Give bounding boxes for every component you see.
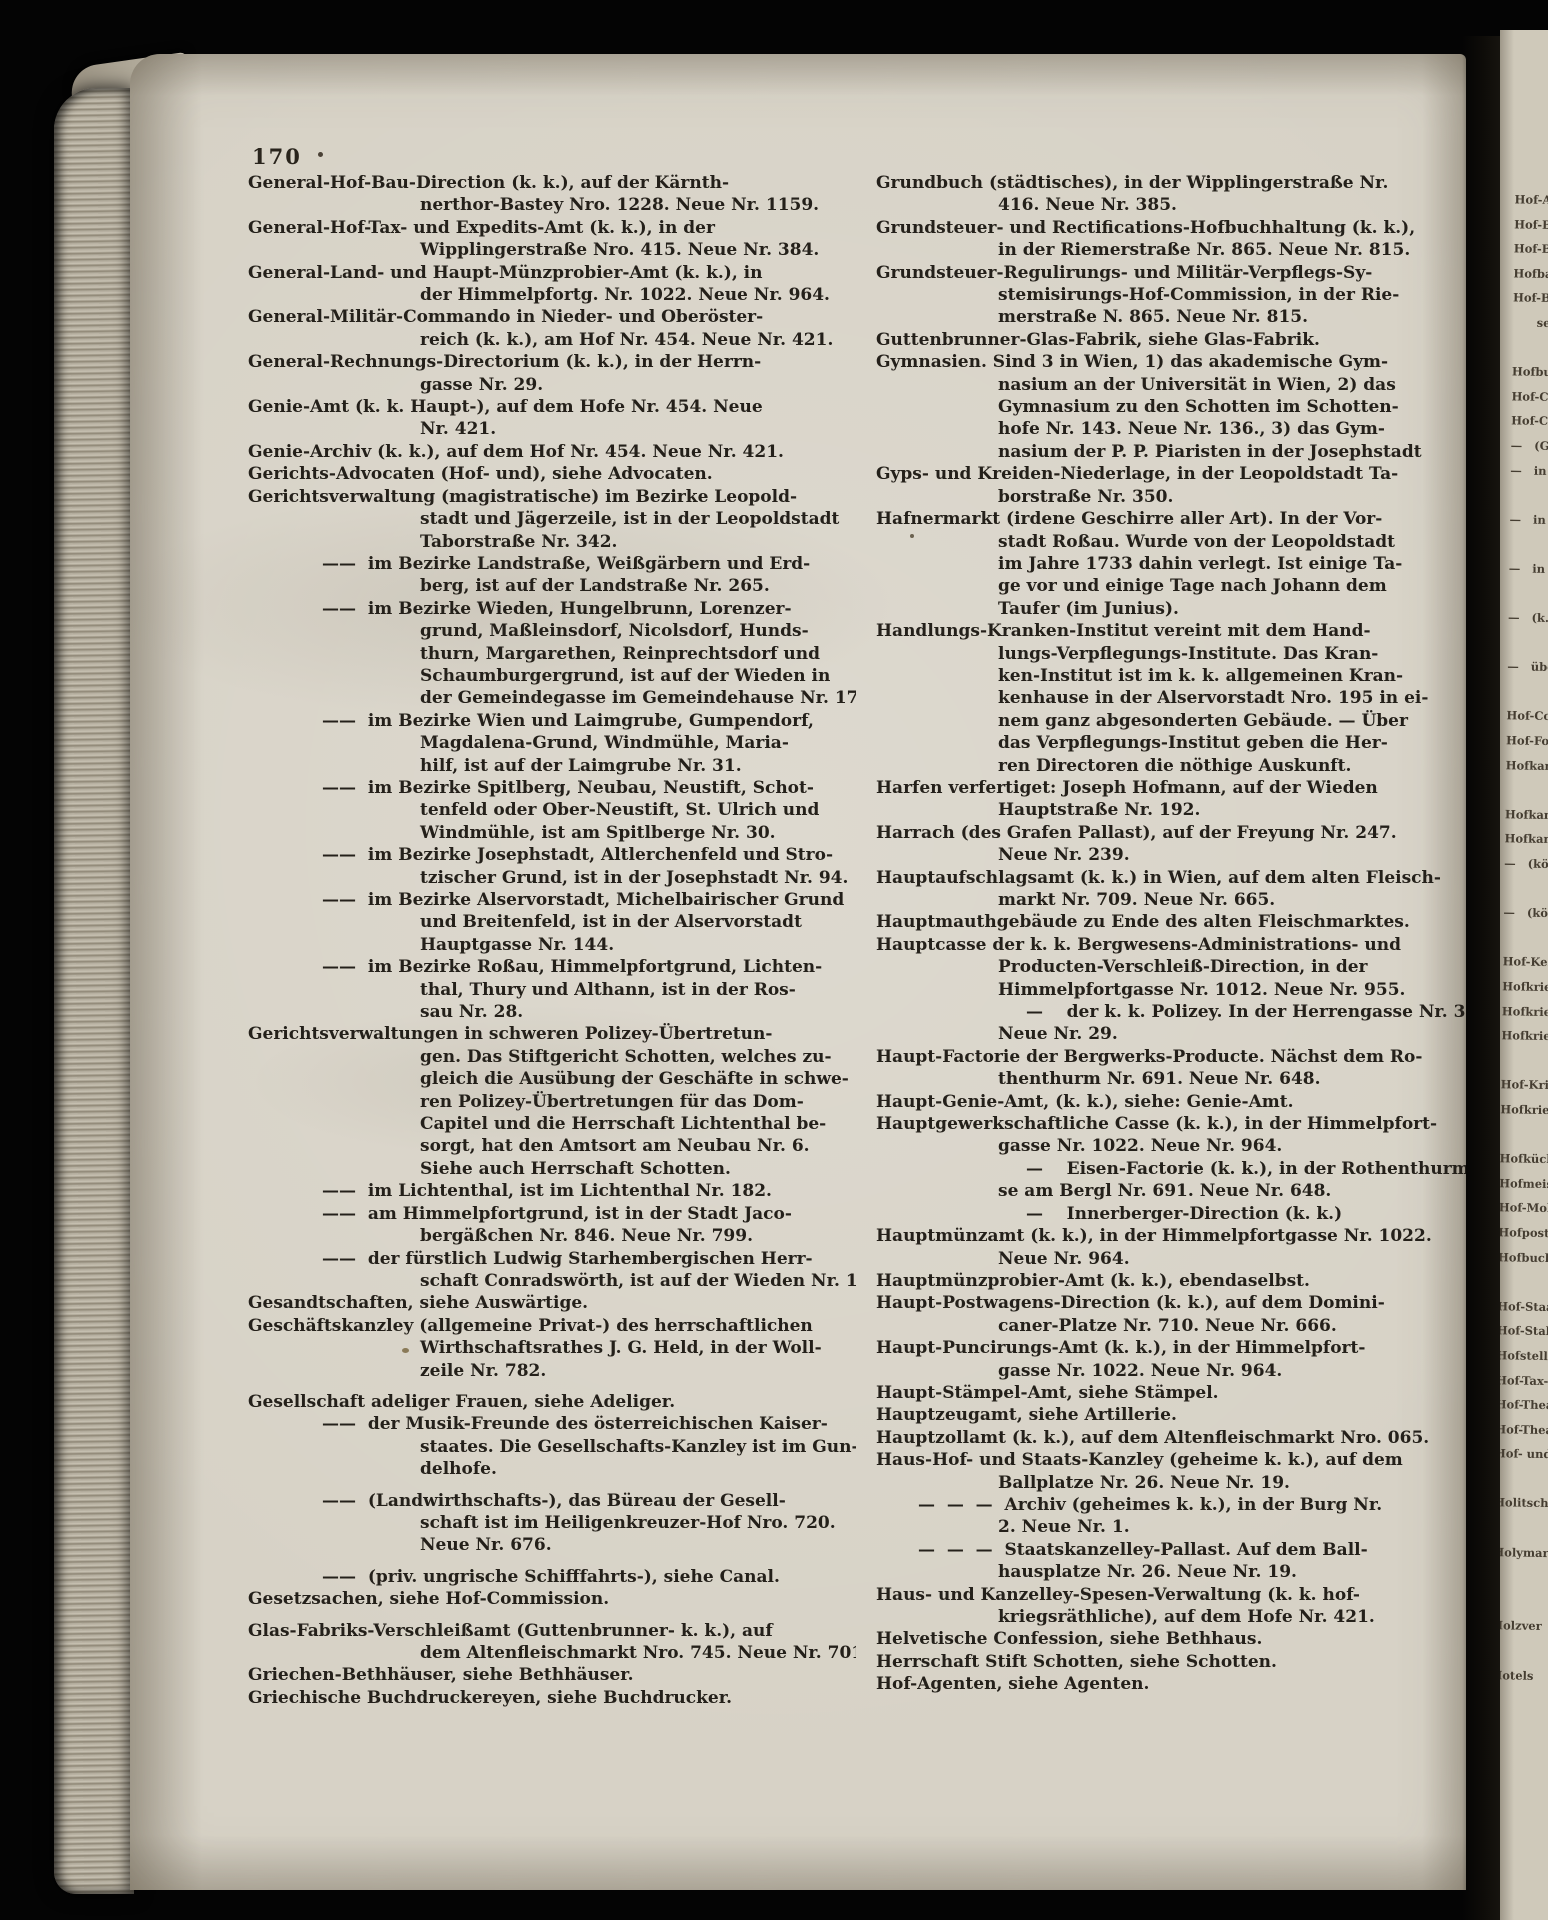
text-line: —— im Bezirke Alservorstadt, Michelbairi… bbox=[248, 889, 856, 911]
text-line: zeile Nr. 782. bbox=[248, 1360, 856, 1382]
edge-text-fragment bbox=[1500, 1122, 1548, 1148]
edge-text-fragment: — in C bbox=[1509, 507, 1548, 533]
text-line: General-Hof-Bau-Direction (k. k.), auf d… bbox=[248, 172, 856, 194]
text-line: Neue Nr. 29. bbox=[876, 1023, 1466, 1045]
text-line: der Himmelpfortg. Nr. 1022. Neue Nr. 964… bbox=[248, 284, 856, 306]
text-line: hofe Nr. 143. Neue Nr. 136., 3) das Gym- bbox=[876, 418, 1466, 440]
text-line: 416. Neue Nr. 385. bbox=[876, 194, 1466, 216]
page-number: 170 bbox=[252, 144, 302, 169]
edge-text-fragment bbox=[1504, 876, 1548, 902]
text-line: Haus- und Kanzelley-Spesen-Verwaltung (k… bbox=[876, 1584, 1466, 1606]
text-line: der Gemeindegasse im Gemeindehause Nr. 1… bbox=[248, 687, 856, 709]
text-line: gasse Nr. 29. bbox=[248, 374, 856, 396]
text-line: im Jahre 1733 dahin verlegt. Ist einige … bbox=[876, 553, 1466, 575]
edge-text-fragment: Hof-Kriegs bbox=[1500, 1073, 1548, 1099]
edge-text-fragment bbox=[1512, 335, 1548, 361]
text-line: — Innerberger-Direction (k. k.) bbox=[876, 1203, 1466, 1225]
text-line: nasium an der Universität in Wien, 2) da… bbox=[876, 374, 1466, 396]
text-line: stemisirungs-Hof-Commission, in der Rie- bbox=[876, 284, 1466, 306]
text-line: Hauptgewerkschaftliche Casse (k. k.), in… bbox=[876, 1113, 1466, 1135]
edge-text-fragment: Hofkriegs- bbox=[1502, 974, 1548, 1000]
edge-text-fragment: Hof-Bau-D bbox=[1514, 237, 1548, 263]
text-line: — — — Archiv (geheimes k. k.), in der Bu… bbox=[876, 1494, 1466, 1516]
text-line: Ballplatze Nr. 26. Neue Nr. 19. bbox=[876, 1472, 1466, 1494]
text-line: Hauptgasse Nr. 144. bbox=[248, 934, 856, 956]
text-line: 2. Neue Nr. 1. bbox=[876, 1516, 1466, 1538]
text-line: Grundsteuer-Regulirungs- und Militär-Ver… bbox=[876, 262, 1466, 284]
ink-speck bbox=[318, 152, 323, 157]
text-line: bergäßchen Nr. 846. Neue Nr. 799. bbox=[248, 1225, 856, 1247]
text-line: Magdalena-Grund, Windmühle, Maria- bbox=[248, 732, 856, 754]
text-line: kriegsräthliche), auf dem Hofe Nr. 421. bbox=[876, 1606, 1466, 1628]
text-line: —— im Bezirke Roßau, Himmelpfortgrund, L… bbox=[248, 956, 856, 978]
text-line: Windmühle, ist am Spitlberge Nr. 30. bbox=[248, 822, 856, 844]
text-line: —— im Bezirke Wien und Laimgrube, Gumpen… bbox=[248, 710, 856, 732]
text-line: das Verpflegungs-Institut geben die Her- bbox=[876, 732, 1466, 754]
text-line: tenfeld oder Ober-Neustift, St. Ulrich u… bbox=[248, 799, 856, 821]
text-line: markt Nr. 709. Neue Nr. 665. bbox=[876, 889, 1466, 911]
text-line: Grundsteuer- und Rectifications-Hofbuchh… bbox=[876, 217, 1466, 239]
text-line: — Eisen-Factorie (k. k.), in der Rothent… bbox=[876, 1158, 1466, 1180]
text-line: Neue Nr. 964. bbox=[876, 1248, 1466, 1270]
text-line: Gymnasien. Sind 3 in Wien, 1) das akadem… bbox=[876, 351, 1466, 373]
next-page-edge: Hof-ApothekeHof-BaubuchhHof-Bau-DHofbaur… bbox=[1500, 30, 1548, 1920]
directory-columns: General-Hof-Bau-Direction (k. k.), auf d… bbox=[248, 172, 1466, 1709]
edge-text-fragment: Hofkriegs- bbox=[1502, 999, 1548, 1025]
text-line: Hauptstraße Nr. 192. bbox=[876, 799, 1466, 821]
text-line: General-Rechnungs-Directorium (k. k.), i… bbox=[248, 351, 856, 373]
text-line: Hafnermarkt (irdene Geschirre aller Art)… bbox=[876, 508, 1466, 530]
edge-text-fragment: Hof-Staat bbox=[1500, 1294, 1548, 1320]
text-line: Hauptzeugamt, siehe Artillerie. bbox=[876, 1404, 1466, 1426]
text-line: —— (Landwirthschafts-), das Büreau der G… bbox=[248, 1490, 856, 1512]
edge-text-fragment: Holitscher bbox=[1500, 1491, 1548, 1517]
edge-text-fragment bbox=[1500, 1638, 1548, 1664]
edge-text-fragment: Holzver bbox=[1500, 1614, 1548, 1640]
edge-text-fragment bbox=[1500, 1589, 1548, 1615]
text-line: Haupt-Postwagens-Direction (k. k.), auf … bbox=[876, 1292, 1466, 1314]
text-line: grund, Maßleinsdorf, Nicolsdorf, Hunds- bbox=[248, 620, 856, 642]
text-line: Gymnasium zu den Schotten im Schotten- bbox=[876, 396, 1466, 418]
text-line: Capitel und die Herrschaft Lichtenthal b… bbox=[248, 1113, 856, 1135]
text-line: stadt Roßau. Wurde von der Leopoldstadt bbox=[876, 531, 1466, 553]
edge-text-fragment: Hofstelle, f bbox=[1500, 1343, 1548, 1369]
edge-text-fragment: Hofkammer- bbox=[1505, 802, 1548, 828]
text-line: Helvetische Confession, siehe Bethhaus. bbox=[876, 1628, 1466, 1650]
text-line: merstraße N. 865. Neue Nr. 815. bbox=[876, 306, 1466, 328]
directory-column-left: General-Hof-Bau-Direction (k. k.), auf d… bbox=[248, 172, 856, 1709]
edge-text-fragment: Hof-Baubuchh bbox=[1514, 212, 1548, 238]
text-line: Griechische Buchdruckereyen, siehe Buchd… bbox=[248, 1687, 856, 1709]
text-line: Neue Nr. 676. bbox=[248, 1534, 856, 1556]
text-line: hilf, ist auf der Laimgrube Nr. 31. bbox=[248, 755, 856, 777]
text-line: nasium der P. P. Piaristen in der Joseph… bbox=[876, 441, 1466, 463]
text-line: Gerichts-Advocaten (Hof- und), siehe Adv… bbox=[248, 463, 856, 485]
text-line: Harfen verfertiget: Joseph Hofmann, auf … bbox=[876, 777, 1466, 799]
text-line: Grundbuch (städtisches), in der Wippling… bbox=[876, 172, 1466, 194]
text-line: thenthurm Nr. 691. Neue Nr. 648. bbox=[876, 1068, 1466, 1090]
edge-text-fragment: Hof-Capelle bbox=[1511, 384, 1548, 410]
text-line: Genie-Archiv (k. k.), auf dem Hof Nr. 45… bbox=[248, 441, 856, 463]
text-line: gleich die Ausübung der Geschäfte in sch… bbox=[248, 1068, 856, 1090]
text-line: — der k. k. Polizey. In der Herrengasse … bbox=[876, 1001, 1466, 1023]
text-line: Himmelpfortgasse Nr. 1012. Neue Nr. 955. bbox=[876, 979, 1466, 1001]
text-line: nerthor-Bastey Nro. 1228. Neue Nr. 1159. bbox=[248, 194, 856, 216]
text-line: ren Directoren die nöthige Auskunft. bbox=[876, 755, 1466, 777]
text-line: ken-Institut ist im k. k. allgemeinen Kr… bbox=[876, 665, 1466, 687]
text-line: Hauptmünzamt (k. k.), in der Himmelpfort… bbox=[876, 1225, 1466, 1247]
text-line: Glas-Fabriks-Verschleißamt (Guttenbrunne… bbox=[248, 1620, 856, 1642]
text-line: gasse Nr. 1022. Neue Nr. 964. bbox=[876, 1360, 1466, 1382]
text-line: Hauptaufschlagsamt (k. k.) in Wien, auf … bbox=[876, 867, 1466, 889]
text-line: thal, Thury und Althann, ist in der Ros- bbox=[248, 979, 856, 1001]
text-line: Taufer (im Junius). bbox=[876, 598, 1466, 620]
text-line: sorgt, hat den Amtsort am Neubau Nr. 6. bbox=[248, 1135, 856, 1157]
edge-text-fragment: Hof-Keller bbox=[1502, 950, 1548, 976]
text-line: General-Militär-Commando in Nieder- und … bbox=[248, 306, 856, 328]
text-line: —— im Bezirke Spitlberg, Neubau, Neustif… bbox=[248, 777, 856, 799]
text-line: —— (priv. ungrische Schifffahrts-), sieh… bbox=[248, 1566, 856, 1588]
edge-text-fragment: Holymark bbox=[1500, 1540, 1548, 1566]
text-line: caner-Platze Nr. 710. Neue Nr. 666. bbox=[876, 1315, 1466, 1337]
text-line: thurn, Margarethen, Reinprechtsdorf und bbox=[248, 643, 856, 665]
edge-text-fragment: se bbox=[1512, 310, 1548, 336]
text-line: stadt und Jägerzeile, ist in der Leopold… bbox=[248, 508, 856, 530]
edge-text-fragment: Hofbaurath, ( bbox=[1513, 261, 1548, 287]
edge-text-fragment bbox=[1508, 581, 1548, 607]
edge-text-fragment: Hof-Commis bbox=[1511, 409, 1548, 435]
text-line: gen. Das Stiftgericht Schotten, welches … bbox=[248, 1046, 856, 1068]
book-photograph: 170 General-Hof-Bau-Direction (k. k.), a… bbox=[0, 0, 1548, 1920]
text-line: Producten-Verschleiß-Direction, in der bbox=[876, 956, 1466, 978]
text-line: Schaumburgergrund, ist auf der Wieden in bbox=[248, 665, 856, 687]
edge-text-fragment: Hofbuchhal bbox=[1500, 1245, 1548, 1271]
text-line: Nr. 421. bbox=[248, 418, 856, 440]
edge-text-fragment: Hofkammer bbox=[1506, 753, 1548, 779]
text-line: Hauptmauthgebäude zu Ende des alten Flei… bbox=[876, 911, 1466, 933]
edge-text-fragment bbox=[1509, 532, 1548, 558]
text-line: Haupt-Stämpel-Amt, siehe Stämpel. bbox=[876, 1382, 1466, 1404]
text-line: Haupt-Puncirungs-Amt (k. k.), in der Him… bbox=[876, 1337, 1466, 1359]
directory-column-right: Grundbuch (städtisches), in der Wippling… bbox=[876, 172, 1466, 1709]
page-gutter-shadow bbox=[1462, 36, 1502, 1920]
edge-text-fragment bbox=[1503, 925, 1548, 951]
book-page: 170 General-Hof-Bau-Direction (k. k.), a… bbox=[130, 54, 1466, 1890]
text-line: —— im Bezirke Josephstadt, Altlerchenfel… bbox=[248, 844, 856, 866]
text-line: berg, ist auf der Landstraße Nr. 265. bbox=[248, 575, 856, 597]
edge-text-fragment bbox=[1500, 1466, 1548, 1492]
text-line: Haus-Hof- und Staats-Kanzley (geheime k.… bbox=[876, 1449, 1466, 1471]
edge-text-fragment: Hofkriegsra bbox=[1500, 1097, 1548, 1123]
edge-text-fragment: Hof-Contro bbox=[1506, 704, 1548, 730]
text-line: Gerichtsverwaltung (magistratische) im B… bbox=[248, 486, 856, 508]
text-line: —— im Lichtenthal, ist im Lichtenthal Nr… bbox=[248, 1180, 856, 1202]
text-line: — — — Staatskanzelley-Pallast. Auf dem B… bbox=[876, 1539, 1466, 1561]
text-line: Herrschaft Stift Schotten, siehe Schotte… bbox=[876, 1651, 1466, 1673]
text-line: ge vor und einige Tage nach Johann dem bbox=[876, 575, 1466, 597]
text-line: Gyps- und Kreiden-Niederlage, in der Leo… bbox=[876, 463, 1466, 485]
edge-text-fragment: Hofmeistera bbox=[1500, 1171, 1548, 1197]
text-line: —— im Bezirke Wieden, Hungelbrunn, Loren… bbox=[248, 598, 856, 620]
edge-text-fragment: Hofkanzelley bbox=[1504, 827, 1548, 853]
text-line: Gesellschaft adeliger Frauen, siehe Adel… bbox=[248, 1391, 856, 1413]
edge-text-fragment: Hotels bbox=[1500, 1663, 1548, 1689]
text-line: Gesandtschaften, siehe Auswärtige. bbox=[248, 1292, 856, 1314]
paper-stain bbox=[402, 1348, 409, 1353]
text-line: reich (k. k.), am Hof Nr. 454. Neue Nr. … bbox=[248, 329, 856, 351]
edge-text-fragment bbox=[1500, 1564, 1548, 1590]
book-fore-edge bbox=[54, 88, 134, 1894]
edge-text-fragment bbox=[1505, 778, 1548, 804]
text-line: Hauptcasse der k. k. Bergwesens-Administ… bbox=[876, 934, 1466, 956]
edge-text-fragment: Hof-Thea bbox=[1500, 1417, 1548, 1443]
edge-text-fragment: Hof-Biblioth bbox=[1513, 286, 1548, 312]
edge-text-fragment: — (k. k bbox=[1508, 605, 1548, 631]
text-line: Neue Nr. 239. bbox=[876, 844, 1466, 866]
edge-text-fragment: Hofkriegsbu bbox=[1501, 1023, 1548, 1049]
text-line: Harrach (des Grafen Pallast), auf der Fr… bbox=[876, 822, 1466, 844]
text-line: Wipplingerstraße Nro. 415. Neue Nr. 384. bbox=[248, 239, 856, 261]
ink-speck bbox=[910, 534, 914, 538]
text-line: Haupt-Factorie der Bergwerks-Producte. N… bbox=[876, 1046, 1466, 1068]
text-line: schaft Conradswörth, ist auf der Wieden … bbox=[248, 1270, 856, 1292]
edge-text-fragment bbox=[1510, 482, 1548, 508]
edge-text-fragment bbox=[1507, 679, 1548, 705]
text-line: Hof-Agenten, siehe Agenten. bbox=[876, 1673, 1466, 1695]
edge-text-fragment: Hof-Fourag bbox=[1506, 728, 1548, 754]
text-line: Gerichtsverwaltungen in schweren Polizey… bbox=[248, 1023, 856, 1045]
text-line: Handlungs-Kranken-Institut vereint mit d… bbox=[876, 620, 1466, 642]
edge-text-fragment: Hof-Stall bbox=[1500, 1319, 1548, 1345]
text-line: in der Riemerstraße Nr. 865. Neue Nr. 81… bbox=[876, 239, 1466, 261]
edge-text-fragment: Hof-Mobil bbox=[1500, 1196, 1548, 1222]
text-line: se am Bergl Nr. 691. Neue Nr. 648. bbox=[876, 1180, 1466, 1202]
text-line: —— der fürstlich Ludwig Starhembergische… bbox=[248, 1248, 856, 1270]
text-line: dem Altenfleischmarkt Nro. 745. Neue Nr.… bbox=[248, 1642, 856, 1664]
text-line: General-Land- und Haupt-Münzprobier-Amt … bbox=[248, 262, 856, 284]
text-line: schaft ist im Heiligenkreuzer-Hof Nro. 7… bbox=[248, 1512, 856, 1534]
text-line: Wirthschaftsrathes J. G. Held, in der Wo… bbox=[248, 1337, 856, 1359]
edge-text-fragment: Hof-Apotheke bbox=[1514, 187, 1548, 213]
edge-text-fragment: — (kö bbox=[1503, 900, 1548, 926]
text-line: hausplatze Nr. 26. Neue Nr. 19. bbox=[876, 1561, 1466, 1583]
text-line: —— am Himmelpfortgrund, ist in der Stadt… bbox=[248, 1203, 856, 1225]
edge-text-fragment: Hof-Tax- bbox=[1500, 1368, 1548, 1394]
text-line: Genie-Amt (k. k. Haupt-), auf dem Hofe N… bbox=[248, 396, 856, 418]
text-line: Geschäftskanzley (allgemeine Privat-) de… bbox=[248, 1315, 856, 1337]
edge-text-fragment: — in J bbox=[1509, 556, 1548, 582]
text-line: borstraße Nr. 350. bbox=[876, 486, 1466, 508]
text-line: gasse Nr. 1022. Neue Nr. 964. bbox=[876, 1135, 1466, 1157]
text-line: Gesetzsachen, siehe Hof-Commission. bbox=[248, 1588, 856, 1610]
edge-text-fragment: — übe bbox=[1507, 655, 1548, 681]
text-line: ren Polizey-Übertretungen für das Dom- bbox=[248, 1091, 856, 1113]
edge-text-fragment bbox=[1501, 1048, 1548, 1074]
text-line: —— im Bezirke Landstraße, Weißgärbern un… bbox=[248, 553, 856, 575]
text-line: Haupt-Genie-Amt, (k. k.), siehe: Genie-A… bbox=[876, 1091, 1466, 1113]
edge-text-fragment: Hofburgwache bbox=[1512, 359, 1548, 385]
edge-text-fragment: Hofküche, i bbox=[1500, 1146, 1548, 1172]
edge-text-fragment bbox=[1500, 1515, 1548, 1541]
edge-text-fragment: Hofpostamt bbox=[1500, 1220, 1548, 1246]
text-line: staates. Die Gesellschafts-Kanzley ist i… bbox=[248, 1436, 856, 1458]
edge-text-fragment: Hof- und bbox=[1500, 1441, 1548, 1467]
text-line: General-Hof-Tax- und Expedits-Amt (k. k.… bbox=[248, 217, 856, 239]
edge-text-fragment: — (Gru bbox=[1511, 433, 1548, 459]
edge-text-fragment: Hof-Thea bbox=[1500, 1392, 1548, 1418]
text-line: sau Nr. 28. bbox=[248, 1001, 856, 1023]
text-line: Hauptmünzprobier-Amt (k. k.), ebendaselb… bbox=[876, 1270, 1466, 1292]
next-page-text-fragments: Hof-ApothekeHof-BaubuchhHof-Bau-DHofbaur… bbox=[1500, 187, 1548, 1689]
text-line: lungs-Verpflegungs-Institute. Das Kran- bbox=[876, 643, 1466, 665]
text-line: delhofe. bbox=[248, 1458, 856, 1480]
edge-text-fragment bbox=[1500, 1269, 1548, 1295]
edge-text-fragment: — (kö bbox=[1504, 851, 1548, 877]
text-line: tzischer Grund, ist in der Josephstadt N… bbox=[248, 867, 856, 889]
text-line: Taborstraße Nr. 342. bbox=[248, 531, 856, 553]
text-line: kenhause in der Alservorstadt Nro. 195 i… bbox=[876, 687, 1466, 709]
edge-text-fragment: — in C bbox=[1510, 458, 1548, 484]
text-line: Hauptzollamt (k. k.), auf dem Altenfleis… bbox=[876, 1427, 1466, 1449]
edge-text-fragment bbox=[1507, 630, 1548, 656]
text-line: —— der Musik-Freunde des österreichische… bbox=[248, 1413, 856, 1435]
text-line: Guttenbrunner-Glas-Fabrik, siehe Glas-Fa… bbox=[876, 329, 1466, 351]
text-line: nem ganz abgesonderten Gebäude. — Über bbox=[876, 710, 1466, 732]
text-line: Siehe auch Herrschaft Schotten. bbox=[248, 1158, 856, 1180]
text-line: Griechen-Bethhäuser, siehe Bethhäuser. bbox=[248, 1664, 856, 1686]
text-line: und Breitenfeld, ist in der Alservorstad… bbox=[248, 911, 856, 933]
